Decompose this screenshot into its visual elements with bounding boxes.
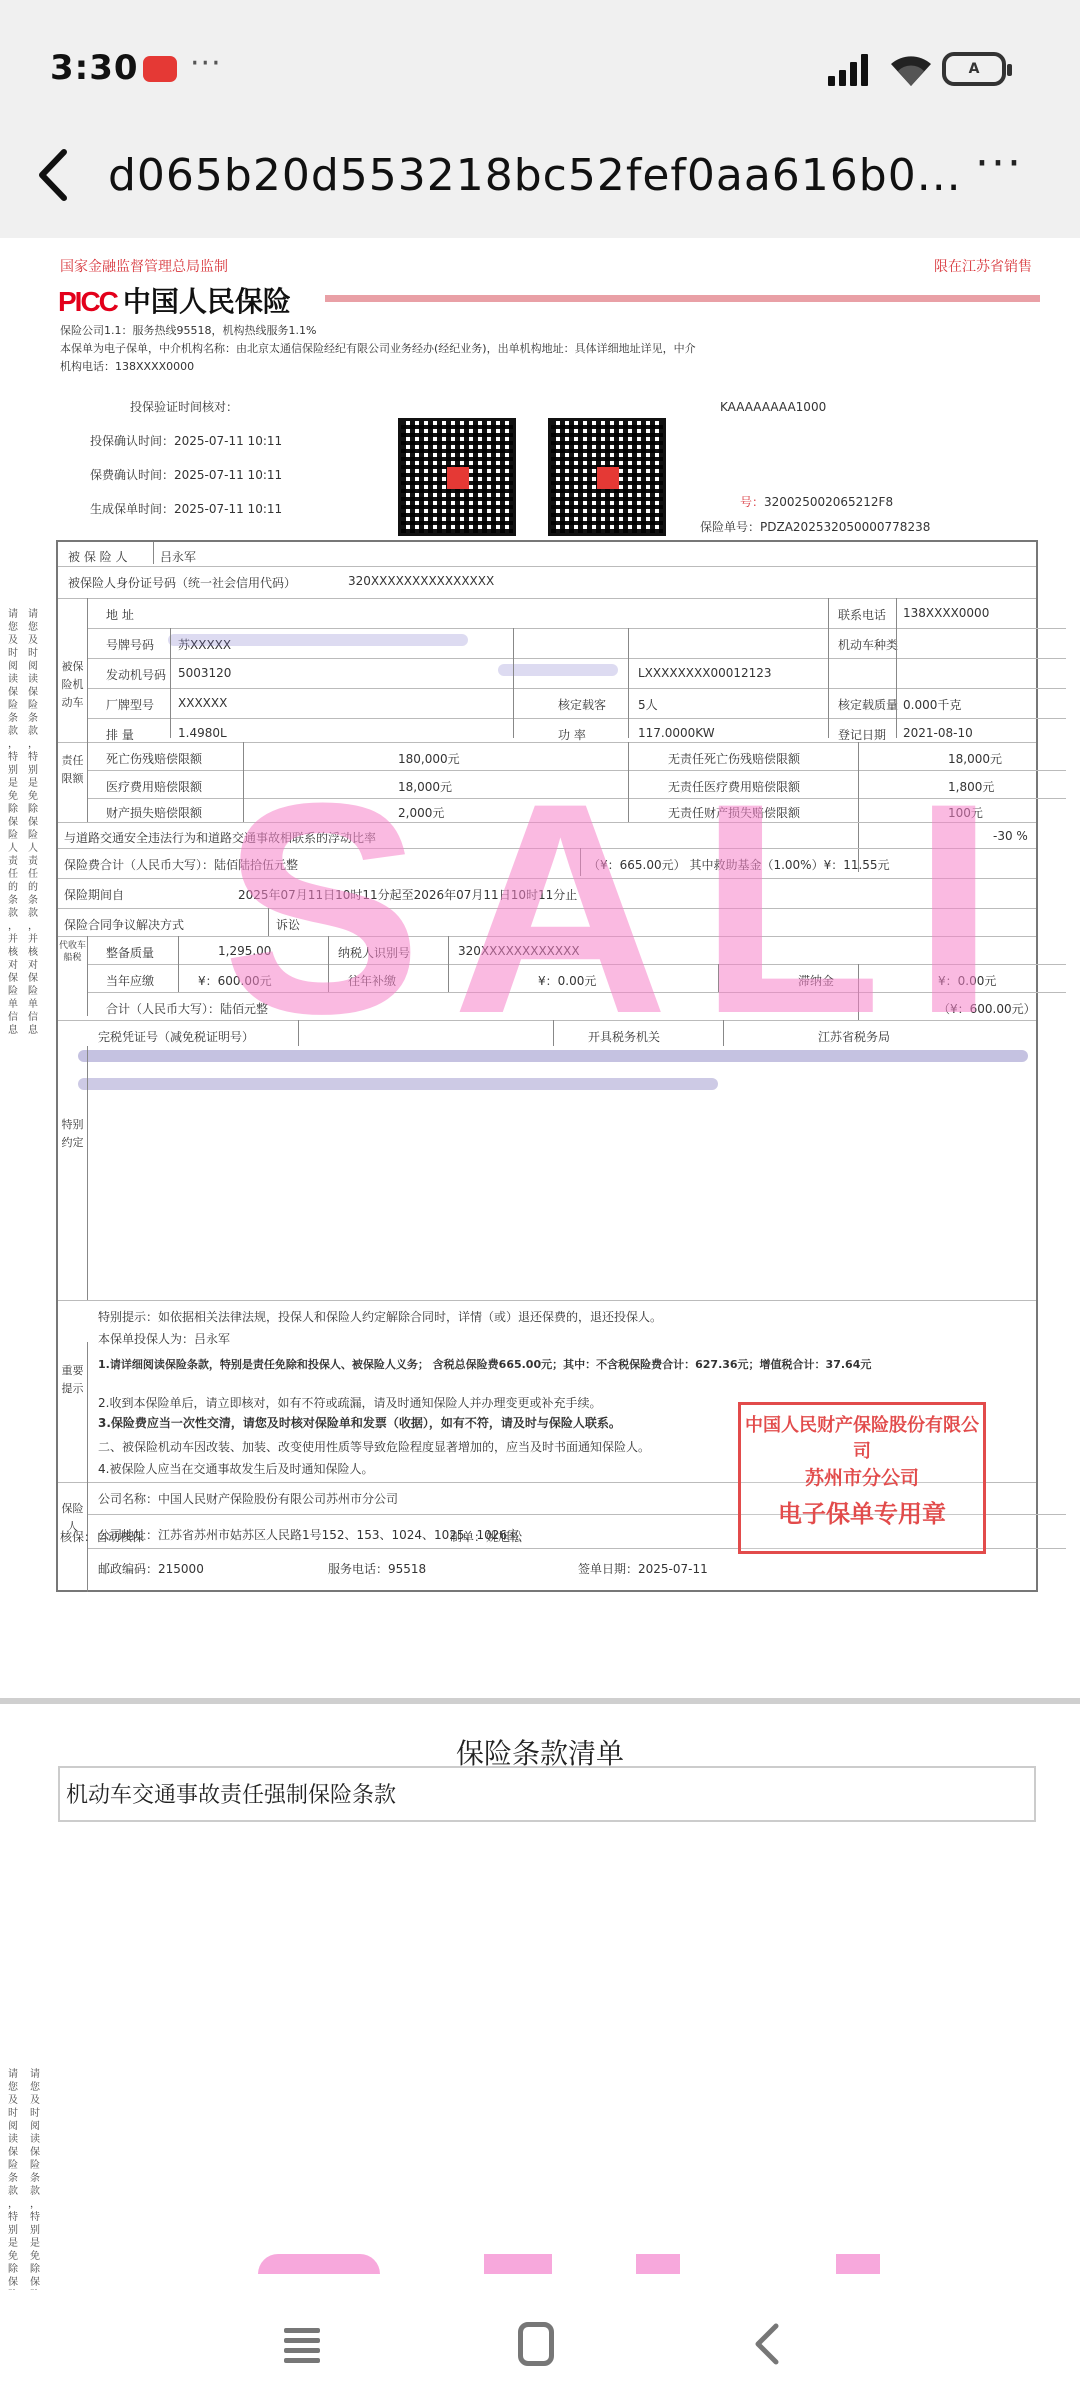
company-seal: 中国人民财产保险股份有限公司 苏州市分公司 电子保单专用章 xyxy=(738,1402,986,1554)
watermark-fragment xyxy=(636,2254,680,2274)
top-app-bar: 3:30 ··· A d065b20d553218bc52fef0aa616b0… xyxy=(0,0,1080,238)
margin-note: 请您及时阅读保险条款，特别是免除保险人责任的条款，并核对保险单信息 xyxy=(8,608,20,928)
watermark-fragment xyxy=(484,2254,552,2274)
document-viewer[interactable]: 国家金融监督管理总局监制 限在江苏省销售 PICC中国人民保险 保险公司1.1：… xyxy=(0,238,1080,2400)
approver-signature: 核保：自动核保 xyxy=(60,1528,144,1545)
battery-icon: A xyxy=(942,52,1006,86)
watermark-fragment xyxy=(258,2254,380,2274)
margin-note: 请您及时阅读保险条款，特别是免除保险人责任的条款，并核对保险单信息 xyxy=(30,2068,42,2308)
header-rule xyxy=(325,295,1040,302)
menu-icon[interactable] xyxy=(284,2320,320,2364)
picc-logo: PICC中国人民保险 xyxy=(58,280,291,320)
watermark-fragment xyxy=(836,2254,880,2274)
notification-app-icon xyxy=(143,56,177,82)
title-bar: d065b20d553218bc52fef0aa616b0... ··· xyxy=(0,128,1080,228)
home-icon[interactable] xyxy=(518,2322,554,2366)
policy-serial: 号：320025002065212F8 xyxy=(740,493,893,510)
intro-line: 本保单为电子保单，中介机构名称：由北京太通信保险经纪有限公司业务经办(经纪业务)… xyxy=(60,340,696,356)
region-note: 限在江苏省销售 xyxy=(934,256,1032,276)
policy-number: 保险单号：PDZA202532050000778238 xyxy=(700,518,930,535)
handler-signature: 制单：姚旭松 xyxy=(450,1528,522,1545)
back-icon[interactable] xyxy=(752,2320,782,2368)
margin-note: 请您及时阅读保险条款，特别是免除保险人责任的条款，并核对保险单信息 xyxy=(8,2068,20,2308)
policy-code: KAAAAAAAA1000 xyxy=(720,400,826,414)
verification-dates: 投保验证时间核对： 投保确认时间：2025-07-11 10:11 保费确认时间… xyxy=(90,398,282,534)
clause-item: 机动车交通事故责任强制保险条款 xyxy=(66,1778,396,1809)
signal-icon xyxy=(828,52,880,86)
page-divider xyxy=(0,1698,1080,1704)
system-nav-bar xyxy=(0,2290,1080,2400)
regulator-note: 国家金融监督管理总局监制 xyxy=(60,256,228,276)
margin-note: 请您及时阅读保险条款，特别是免除保险人责任的条款，并核对保险单信息 xyxy=(28,608,40,1108)
intro-line: 保险公司1.1：服务热线95518，机构热线服务1.1% xyxy=(60,322,316,338)
clause-list: 机动车交通事故责任强制保险条款 xyxy=(58,1766,1036,1822)
document-title: d065b20d553218bc52fef0aa616b0... xyxy=(108,150,962,201)
more-options-icon[interactable]: ··· xyxy=(975,138,1023,189)
intro-line: 机构电话：138XXXX0000 xyxy=(60,358,194,374)
status-time: 3:30 xyxy=(50,48,139,88)
status-bar: 3:30 ··· A xyxy=(0,40,1080,100)
wifi-icon xyxy=(888,50,934,88)
qr-code xyxy=(398,418,516,536)
qr-code xyxy=(548,418,666,536)
more-notifications-icon: ··· xyxy=(190,46,222,81)
back-chevron-icon[interactable] xyxy=(34,140,74,210)
